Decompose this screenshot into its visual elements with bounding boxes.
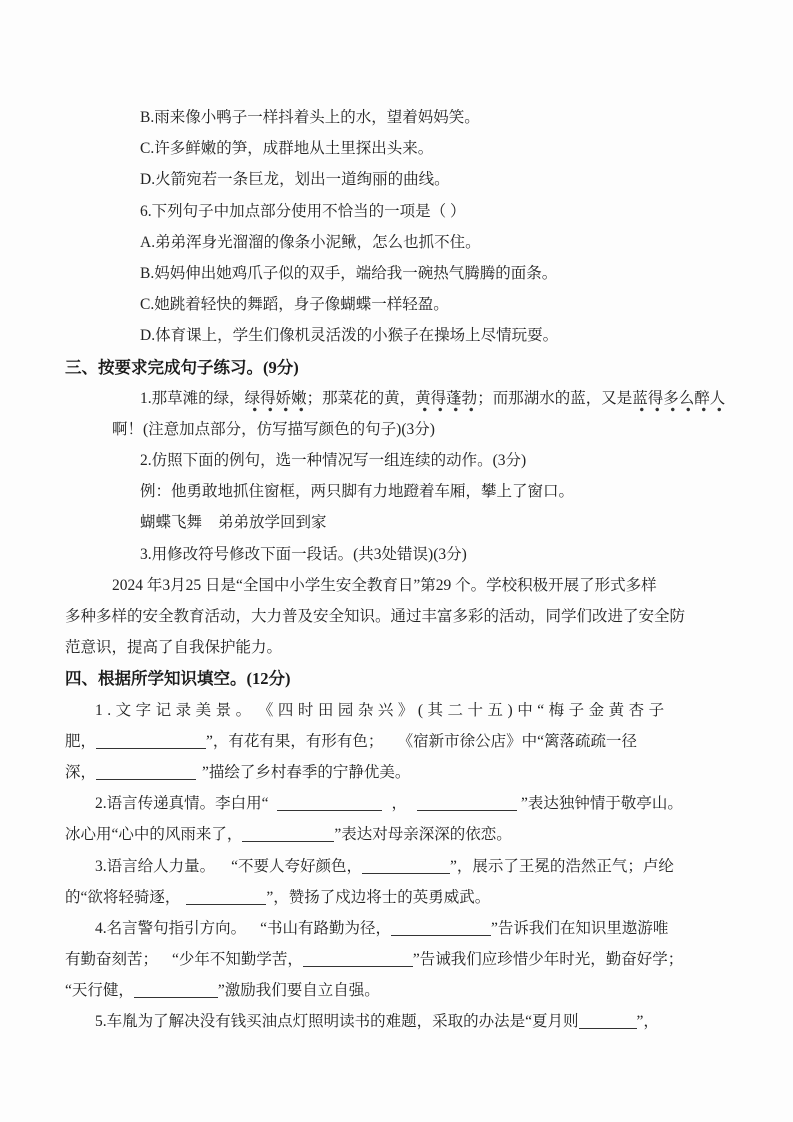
document-lines: B.雨来像小鸭子一样抖着头上的水，望着妈妈笑。C.许多鲜嫩的笋，成群地从土里探出… — [65, 102, 733, 1038]
fill-in-blank-underline — [186, 892, 266, 905]
doc-line: 2024 年3月25 日是“全国中小学生安全教育日”第29 个。学校积极开展了形… — [65, 570, 733, 601]
text-run: 2.仿照下面的例句，选一种情况写一组连续的动作。(3分) — [140, 452, 526, 469]
doc-line: 3.用修改符号修改下面一段话。(共3处错误)(3分) — [65, 539, 733, 570]
text-run: D.火箭宛若一条巨龙，划出一道绚丽的曲线。 — [140, 171, 450, 188]
doc-line: 多种多样的安全教育活动，大力普及安全知识。通过丰富多彩的活动，同学们改进了安全防 — [65, 601, 733, 632]
text-run: 范意识，提高了自我保护能力。 — [65, 639, 282, 656]
text-run: 多种多样的安全教育活动，大力普及安全知识。通过丰富多彩的活动，同学们改进了安全防 — [65, 608, 685, 625]
text-run: ”告诉我们在知识里遨游唯 — [491, 920, 668, 937]
text-run: ”描绘了乡村春季的宁静优美。 — [202, 764, 410, 781]
text-run: 1.那草滩的绿， — [140, 390, 245, 407]
text-run: 啊！(注意加点部分，仿写描写颜色的句子)(3分) — [112, 421, 435, 438]
doc-line: C.她跳着轻快的舞蹈，身子像蝴蝶一样轻盈。 — [65, 289, 733, 320]
text-run: 有勤奋刻苦； — [65, 951, 158, 968]
text-run: 3.用修改符号修改下面一段话。(共3处错误)(3分) — [140, 546, 467, 563]
fill-in-blank-underline — [242, 829, 334, 842]
doc-line: 5.车胤为了解决没有钱买油点灯照明读书的难题，采取的办法是“夏月则”， — [65, 1006, 733, 1037]
fill-in-blank-underline — [96, 767, 196, 780]
text-run: 1.文字记录美景。 — [95, 702, 256, 719]
text-run: 《四时田园杂兴》(其二十五)中“梅子金黄杏子 — [266, 702, 669, 719]
text-run: ， — [392, 795, 408, 812]
text-run: 的“欲将轻骑逐， — [65, 889, 180, 906]
doc-line: D.体育课上，学生们像机灵活泼的小猴子在操场上尽情玩耍。 — [65, 320, 733, 351]
fill-in-blank-underline — [417, 798, 517, 811]
fill-in-blank-underline — [303, 954, 413, 967]
doc-line: 2.仿照下面的例句，选一种情况写一组连续的动作。(3分) — [65, 445, 733, 476]
text-run: 蝴蝶飞舞 — [140, 514, 202, 531]
text-run: “少年不知勤学苦， — [172, 951, 303, 968]
text-run: ”，有花有果，有形有色； — [206, 733, 383, 750]
fill-in-blank-underline — [277, 798, 382, 811]
doc-line: 3.语言给人力量。“不要人夸好颜色，”，展示了王冕的浩然正气；卢纶 — [65, 851, 733, 882]
text-run: ”激励我们要自立自强。 — [218, 982, 380, 999]
text-run: D.体育课上，学生们像机灵活泼的小猴子在操场上尽情玩耍。 — [140, 327, 558, 344]
section-heading: 三、按要求完成句子练习。(9分) — [65, 352, 733, 383]
text-run: “书山有路勤为径， — [260, 920, 391, 937]
fill-in-blank-underline — [96, 736, 206, 749]
doc-line: D.火箭宛若一条巨龙，划出一道绚丽的曲线。 — [65, 164, 733, 195]
emphasis-dotted-text: 蓝得多么醉人 — [632, 390, 725, 412]
text-run: 2.语言传递真情。李白用“ — [95, 795, 269, 812]
doc-line: B.雨来像小鸭子一样抖着头上的水，望着妈妈笑。 — [65, 102, 733, 133]
doc-line: 有勤奋刻苦；“少年不知勤学苦，”告诫我们应珍惜少年时光，勤奋好学； — [65, 944, 733, 975]
doc-line: “天行健，”激励我们要自立自强。 — [65, 975, 733, 1006]
text-run: 例：他勇敢地抓住窗框，两只脚有力地蹬着车厢，攀上了窗口。 — [140, 483, 574, 500]
text-run: 冰心用“心中的风雨来了， — [65, 826, 242, 843]
doc-line: 深，”描绘了乡村春季的宁静优美。 — [65, 757, 733, 788]
text-run: ；而那湖水的蓝，又是 — [477, 390, 632, 407]
text-run: 弟弟放学回到家 — [218, 514, 327, 531]
doc-line: C.许多鲜嫩的笋，成群地从土里探出头来。 — [65, 133, 733, 164]
doc-line: B.妈妈伸出她鸡爪子似的双手，端给我一碗热气腾腾的面条。 — [65, 258, 733, 289]
emphasis-dotted-text: 绿得娇嫩 — [245, 390, 307, 412]
text-run: 深， — [65, 764, 96, 781]
text-run: B.妈妈伸出她鸡爪子似的双手，端给我一碗热气腾腾的面条。 — [140, 265, 557, 282]
fill-in-blank-underline — [391, 923, 491, 936]
text-run: 肥， — [65, 733, 96, 750]
doc-line: 的“欲将轻骑逐，”，赞扬了戍边将士的英勇威武。 — [65, 882, 733, 913]
doc-line: 啊！(注意加点部分，仿写描写颜色的句子)(3分) — [65, 414, 733, 445]
text-run: 2024 年3月25 日是“全国中小学生安全教育日”第29 个。学校积极开展了形… — [112, 577, 657, 594]
text-run: ”表达对母亲深深的依恋。 — [334, 826, 511, 843]
doc-line: 蝴蝶飞舞弟弟放学回到家 — [65, 507, 733, 538]
fill-in-blank-underline — [362, 861, 450, 874]
text-run: ”，赞扬了戍边将士的英勇威武。 — [266, 889, 490, 906]
text-run: 三、按要求完成句子练习。(9分) — [65, 358, 299, 377]
text-run: B.雨来像小鸭子一样抖着头上的水，望着妈妈笑。 — [140, 109, 480, 126]
doc-line: 冰心用“心中的风雨来了，”表达对母亲深深的依恋。 — [65, 819, 733, 850]
text-run: C.她跳着轻快的舞蹈，身子像蝴蝶一样轻盈。 — [140, 296, 449, 313]
text-run: ；那菜花的黄， — [307, 390, 416, 407]
fill-in-blank-underline — [134, 985, 218, 998]
text-run: ”表达独钟情于敬亭山。 — [521, 795, 683, 812]
doc-line: 4.名言警句指引方向。“书山有路勤为径，”告诉我们在知识里遨游唯 — [65, 913, 733, 944]
text-run: C.许多鲜嫩的笋，成群地从土里探出头来。 — [140, 140, 433, 157]
doc-line: A.弟弟浑身光溜溜的像条小泥鳅，怎么也抓不住。 — [65, 227, 733, 258]
doc-line: 1.文字记录美景。《四时田园杂兴》(其二十五)中“梅子金黄杏子 — [65, 695, 733, 726]
text-run: ”， — [637, 1013, 659, 1030]
text-run: A.弟弟浑身光溜溜的像条小泥鳅，怎么也抓不住。 — [140, 234, 481, 251]
doc-line: 6.下列句子中加点部分使用不恰当的一项是（ ） — [65, 196, 733, 227]
text-run: “不要人夸好颜色， — [231, 858, 362, 875]
text-run: 6.下列句子中加点部分使用不恰当的一项是（ ） — [140, 203, 466, 220]
text-run: 3.语言给人力量。 — [95, 858, 215, 875]
text-run: 5.车胤为了解决没有钱买油点灯照明读书的难题，采取的办法是“夏月则 — [95, 1013, 579, 1030]
fill-in-blank-underline — [579, 1016, 637, 1029]
text-run: 四、根据所学知识填空。(12分) — [65, 669, 291, 688]
doc-line: 范意识，提高了自我保护能力。 — [65, 632, 733, 663]
exam-document-page: B.雨来像小鸭子一样抖着头上的水，望着妈妈笑。C.许多鲜嫩的笋，成群地从土里探出… — [0, 0, 793, 1122]
text-run: “天行健， — [65, 982, 134, 999]
section-heading: 四、根据所学知识填空。(12分) — [65, 663, 733, 694]
emphasis-dotted-text: 黄得蓬勃 — [415, 390, 477, 412]
doc-line: 肥，”，有花有果，有形有色；《宿新市徐公店》中“篱落疏疏一径 — [65, 726, 733, 757]
doc-line: 1.那草滩的绿，绿得娇嫩；那菜花的黄，黄得蓬勃；而那湖水的蓝，又是蓝得多么醉人 — [65, 383, 733, 414]
doc-line: 2.语言传递真情。李白用“，”表达独钟情于敬亭山。 — [65, 788, 733, 819]
text-run: 4.名言警句指引方向。 — [95, 920, 246, 937]
text-run: ”告诫我们应珍惜少年时光，勤奋好学； — [413, 951, 683, 968]
doc-line: 例：他勇敢地抓住窗框，两只脚有力地蹬着车厢，攀上了窗口。 — [65, 476, 733, 507]
text-run: ”，展示了王冕的浩然正气；卢纶 — [450, 858, 674, 875]
text-run: 《宿新市徐公店》中“篱落疏疏一径 — [405, 733, 637, 750]
